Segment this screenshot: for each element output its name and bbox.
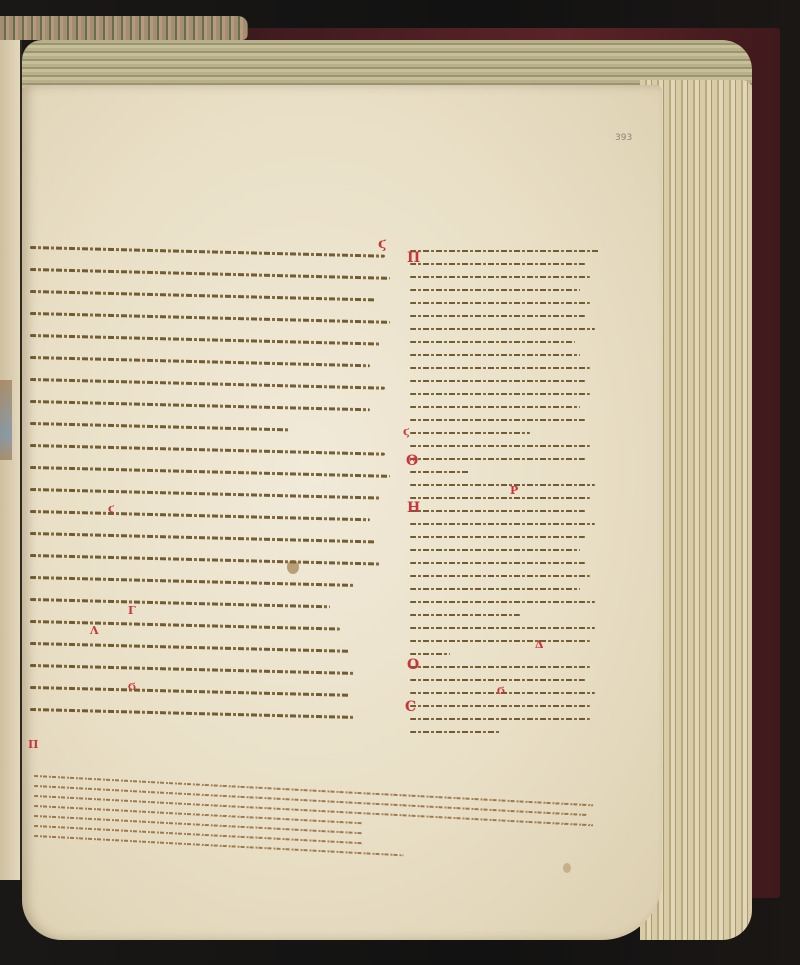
commentary-column — [410, 250, 610, 744]
text-line — [410, 731, 500, 733]
text-line — [410, 575, 590, 577]
text-line — [410, 380, 585, 382]
text-line — [410, 445, 590, 447]
text-line — [30, 620, 340, 631]
text-line — [30, 488, 380, 500]
rubric-section-mark: ϛ — [403, 425, 410, 438]
folio-number: 393 — [615, 133, 632, 143]
text-line — [410, 653, 450, 655]
text-line — [410, 328, 595, 330]
scholia-line — [34, 815, 364, 834]
scholia-line — [34, 805, 364, 824]
illumination-fragment — [0, 380, 12, 460]
rubric-section-mark: Δ — [535, 638, 544, 651]
text-line — [30, 312, 390, 324]
rubric-section-mark: Γ — [128, 604, 136, 617]
main-text-column — [30, 246, 410, 730]
text-line — [410, 523, 595, 525]
text-line — [30, 466, 390, 478]
text-line — [30, 422, 290, 431]
headband — [0, 16, 248, 40]
text-line — [30, 554, 380, 566]
rubric-section-mark: Λ — [90, 624, 99, 637]
rubric-initial: Π — [407, 250, 420, 266]
text-line — [30, 400, 370, 411]
text-line — [30, 686, 350, 697]
text-line — [410, 497, 590, 499]
left-page-edge — [0, 40, 22, 880]
text-line — [410, 627, 595, 629]
text-line — [30, 246, 385, 258]
text-line — [410, 510, 585, 512]
text-line — [410, 588, 580, 590]
text-line — [30, 576, 355, 587]
text-line — [410, 640, 590, 642]
text-line — [410, 393, 590, 395]
stain — [563, 863, 571, 873]
scholia-line — [34, 825, 364, 844]
text-line — [30, 290, 375, 301]
text-line — [410, 315, 585, 317]
text-line — [410, 471, 470, 473]
text-line — [30, 356, 370, 367]
text-line — [410, 263, 585, 265]
rubric-section-mark: ϛ — [378, 236, 387, 252]
text-line — [410, 718, 590, 720]
rubric-section-mark: Ϭ — [497, 684, 505, 697]
text-line — [410, 484, 595, 486]
rubric-initial: Η — [407, 500, 420, 516]
rubric-section-mark: Ϭ — [128, 680, 136, 693]
text-line — [410, 458, 585, 460]
text-line — [410, 562, 585, 564]
text-line — [410, 354, 580, 356]
text-line — [410, 302, 590, 304]
text-line — [30, 532, 375, 543]
rubric-section-mark: Ρ — [510, 484, 518, 497]
text-line — [30, 642, 350, 653]
text-line — [410, 250, 600, 252]
text-line — [30, 708, 355, 719]
text-line — [30, 334, 380, 346]
text-line — [410, 679, 585, 681]
text-line — [410, 432, 530, 434]
text-line — [410, 666, 590, 668]
stain — [287, 560, 299, 574]
rubric-initial-scholia: Π — [28, 738, 38, 751]
text-line — [410, 614, 520, 616]
text-line — [30, 378, 385, 390]
text-line — [410, 406, 580, 408]
rubric-initial: C — [405, 699, 416, 715]
text-line — [410, 276, 590, 278]
text-line — [410, 367, 590, 369]
text-line — [30, 598, 330, 608]
text-line — [410, 549, 580, 551]
text-line — [410, 601, 595, 603]
text-line — [410, 536, 585, 538]
text-line — [30, 664, 355, 675]
text-line — [410, 419, 585, 421]
text-line — [30, 268, 390, 280]
text-line — [410, 705, 590, 707]
text-line — [410, 289, 580, 291]
scholia-block — [34, 775, 594, 845]
text-line — [410, 341, 575, 343]
rubric-initial: Θ — [406, 453, 418, 469]
text-line — [30, 510, 370, 521]
text-line — [30, 444, 385, 456]
rubric-section-mark: ϛ — [108, 502, 115, 515]
rubric-initial: Ο — [407, 657, 419, 673]
